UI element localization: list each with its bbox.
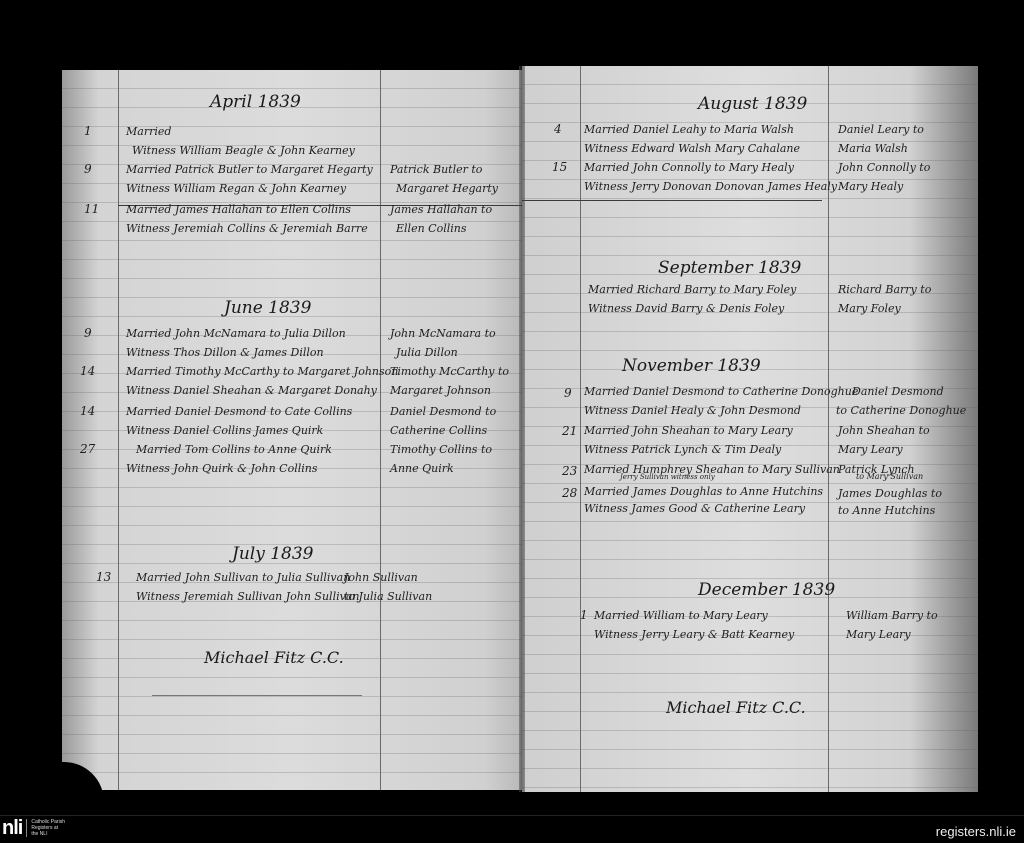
entry-witness: Witness James Good & Catherine Leary bbox=[584, 499, 805, 518]
entry-witness: Witness Jerry Leary & Batt Kearney bbox=[594, 625, 794, 644]
entry-day: 28 bbox=[562, 486, 577, 500]
entry-day: 15 bbox=[552, 160, 567, 174]
month-heading-july: July 1839 bbox=[232, 544, 313, 564]
entry-summary: Patrick Butler to bbox=[390, 160, 482, 179]
logo-caption: Catholic Parish Registers at the NLI bbox=[31, 819, 65, 837]
entry-summary: John Sheahan to bbox=[838, 421, 930, 440]
entry-day: 21 bbox=[562, 424, 577, 438]
entry-summary: to Catherine Donoghue bbox=[836, 401, 966, 420]
entry-summary: Mary Healy bbox=[838, 177, 903, 196]
entry-summary: Mary Leary bbox=[846, 625, 911, 644]
entry-line: Married Richard Barry to Mary Foley bbox=[588, 280, 796, 299]
entry-line: Married bbox=[126, 122, 171, 141]
nli-logo-mark: nli bbox=[2, 818, 22, 838]
entry-day: 14 bbox=[80, 404, 95, 418]
footer-divider bbox=[0, 815, 1024, 816]
left-page: April 1839 1 Married Witness William Bea… bbox=[62, 70, 522, 790]
nli-logo[interactable]: nli Catholic Parish Registers at the NLI bbox=[2, 818, 65, 838]
entry-line: Married Daniel Leahy to Maria Walsh bbox=[584, 120, 794, 139]
entry-summary: Anne Quirk bbox=[390, 459, 454, 478]
entry-summary: Daniel Desmond to bbox=[390, 402, 496, 421]
entry-witness: Witness Daniel Healy & John Desmond bbox=[584, 401, 801, 420]
entry-summary: Mary Leary bbox=[838, 440, 903, 459]
entry-summary: Catherine Collins bbox=[390, 421, 487, 440]
month-heading-november: November 1839 bbox=[622, 356, 761, 376]
entry-day: 9 bbox=[564, 386, 572, 400]
entry-summary: to Anne Hutchins bbox=[838, 501, 935, 520]
entry-witness: Witness David Barry & Denis Foley bbox=[588, 299, 784, 318]
entry-day: 1 bbox=[84, 124, 92, 138]
entry-line: Married Patrick Butler to Margaret Hegar… bbox=[126, 160, 373, 179]
margin-rule bbox=[580, 66, 581, 792]
entry-witness: Witness Jeremiah Sullivan John Sullivan bbox=[136, 587, 359, 606]
entry-summary: John Connolly to bbox=[838, 158, 930, 177]
entry-summary: to Mary Sullivan bbox=[856, 472, 923, 482]
entry-line: Married John Sullivan to Julia Sullivan bbox=[136, 568, 350, 587]
column-rule bbox=[380, 70, 381, 790]
entry-witness: Witness William Regan & John Kearney bbox=[126, 179, 346, 198]
margin-rule bbox=[118, 70, 119, 790]
entry-day: 13 bbox=[96, 570, 111, 584]
entry-summary: Daniel Desmond bbox=[852, 382, 944, 401]
entry-summary: Mary Foley bbox=[838, 299, 901, 318]
month-heading-december: December 1839 bbox=[698, 580, 835, 600]
right-page: August 1839 4 Married Daniel Leahy to Ma… bbox=[522, 66, 978, 792]
entry-witness: Witness John Quirk & John Collins bbox=[126, 459, 317, 478]
entry-day: 9 bbox=[84, 326, 92, 340]
entry-witness: Witness Daniel Sheahan & Margaret Donahy bbox=[126, 381, 377, 400]
entry-summary: Margaret Hegarty bbox=[396, 179, 498, 198]
entry-day: 14 bbox=[80, 364, 95, 378]
entry-line: Married Timothy McCarthy to Margaret Joh… bbox=[126, 362, 398, 381]
entry-summary: John Sullivan bbox=[344, 568, 418, 587]
entry-summary: Maria Walsh bbox=[838, 139, 908, 158]
entry-line: Married Daniel Desmond to Cate Collins bbox=[126, 402, 352, 421]
month-heading-september: September 1839 bbox=[658, 258, 801, 278]
entry-summary: John McNamara to bbox=[390, 324, 496, 343]
column-rule bbox=[828, 66, 829, 792]
entry-summary: James Hallahan to bbox=[390, 200, 492, 219]
entry-summary: to Julia Sullivan bbox=[344, 587, 432, 606]
entry-line: Married John Connolly to Mary Healy bbox=[584, 158, 794, 177]
entry-day: 27 bbox=[80, 442, 95, 456]
priest-signature: Michael Fitz C.C. bbox=[666, 698, 806, 717]
entry-summary: Margaret Johnson bbox=[390, 381, 491, 400]
logo-caption-line: the NLI bbox=[31, 831, 65, 837]
image-viewer: April 1839 1 Married Witness William Bea… bbox=[0, 0, 1024, 843]
entry-line: Married John Sheahan to Mary Leary bbox=[584, 421, 793, 440]
entry-witness: Witness Jeremiah Collins & Jeremiah Barr… bbox=[126, 219, 368, 238]
entry-summary: Timothy Collins to bbox=[390, 440, 492, 459]
entry-summary: Julia Dillon bbox=[396, 343, 458, 362]
entry-underline bbox=[522, 200, 822, 201]
site-link[interactable]: registers.nli.ie bbox=[936, 824, 1016, 839]
priest-signature: Michael Fitz C.C. bbox=[204, 648, 344, 667]
entry-summary: William Barry to bbox=[846, 606, 938, 625]
entry-day: 1 bbox=[580, 608, 588, 622]
interlinear-note: Jerry Sullivan witness only bbox=[620, 473, 715, 482]
ruled-line bbox=[152, 695, 362, 696]
entry-line: Married John McNamara to Julia Dillon bbox=[126, 324, 346, 343]
book-binding bbox=[519, 66, 525, 792]
entry-witness: Witness Patrick Lynch & Tim Dealy bbox=[584, 440, 781, 459]
entry-line: Married James Hallahan to Ellen Collins bbox=[126, 200, 351, 219]
entry-day: 9 bbox=[84, 162, 92, 176]
entry-line: Married Tom Collins to Anne Quirk bbox=[136, 440, 332, 459]
entry-summary: Ellen Collins bbox=[396, 219, 466, 238]
entry-day: 4 bbox=[554, 122, 562, 136]
entry-day: 11 bbox=[84, 202, 99, 216]
entry-line: Married William to Mary Leary bbox=[594, 606, 768, 625]
month-heading-april: April 1839 bbox=[210, 92, 301, 112]
entry-witness: Witness Daniel Collins James Quirk bbox=[126, 421, 323, 440]
entry-witness: Witness William Beagle & John Kearney bbox=[132, 141, 355, 160]
month-heading-august: August 1839 bbox=[698, 94, 807, 114]
entry-witness: Witness Edward Walsh Mary Cahalane bbox=[584, 139, 800, 158]
entry-summary: Daniel Leary to bbox=[838, 120, 924, 139]
entry-witness: Witness Thos Dillon & James Dillon bbox=[126, 343, 324, 362]
logo-divider bbox=[26, 819, 27, 837]
entry-witness: Witness Jerry Donovan Donovan James Heal… bbox=[584, 177, 837, 196]
entry-day: 23 bbox=[562, 464, 577, 478]
entry-line: Married Daniel Desmond to Catherine Dono… bbox=[584, 382, 858, 401]
entry-summary: Timothy McCarthy to bbox=[390, 362, 509, 381]
entry-summary: Richard Barry to bbox=[838, 280, 931, 299]
month-heading-june: June 1839 bbox=[224, 298, 311, 318]
